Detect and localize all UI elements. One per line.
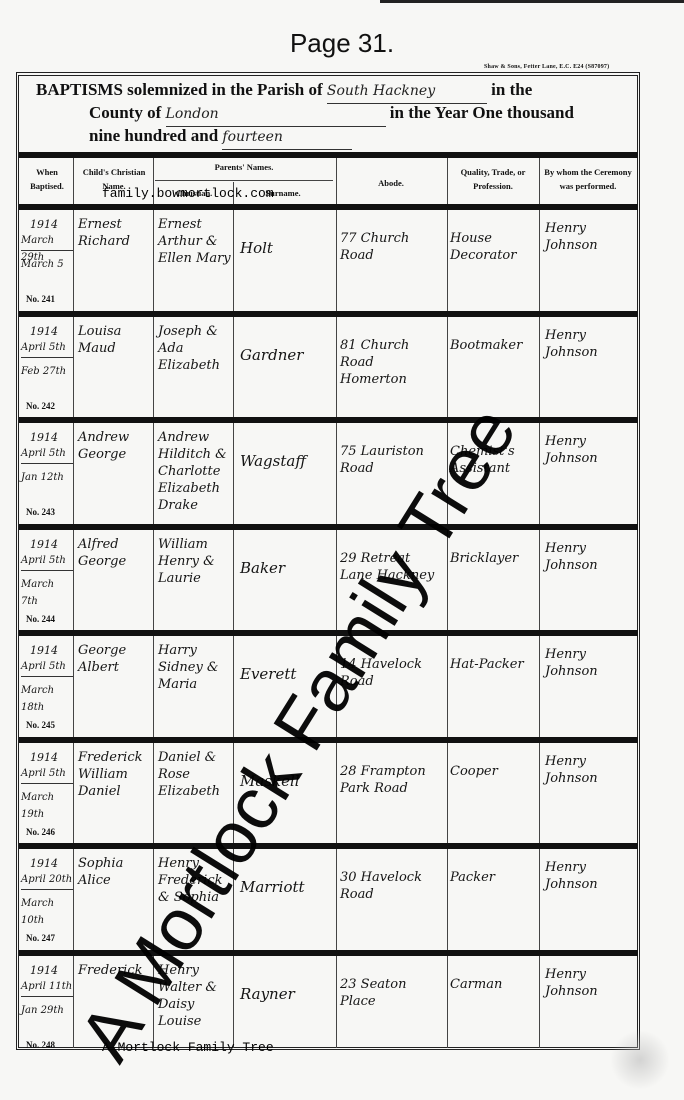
entry-abode: 30 Havelock Road xyxy=(340,869,444,903)
entry-birth-date: Jan 29th xyxy=(21,1002,73,1019)
entry-surname: Holt xyxy=(240,240,332,257)
date-separator xyxy=(21,889,73,890)
entry-officiant: Henry Johnson xyxy=(545,540,635,574)
entry-child-name: Sophia Alice xyxy=(78,855,152,889)
entry-birth-date: March 7th xyxy=(21,576,73,610)
entry-year: 1914 xyxy=(30,642,74,659)
entry-surname: Gardner xyxy=(240,347,332,364)
col-by-whom: By whom the Ceremony was performed. xyxy=(540,165,636,193)
watermark-footer: A Mortlock Family Tree xyxy=(102,1040,274,1055)
entry-baptised-date: April 5th xyxy=(21,339,73,356)
date-separator xyxy=(21,357,73,358)
entry-surname: Baker xyxy=(240,560,332,577)
entry-child-name: Alfred George xyxy=(78,536,152,570)
page-title: Page 31. xyxy=(0,28,684,59)
date-separator xyxy=(21,570,73,571)
entry-trade: Carman xyxy=(450,976,538,993)
entry-birth-date: March 18th xyxy=(21,682,73,716)
entry-number: No. 246 xyxy=(26,827,72,837)
year-field: fourteen xyxy=(222,126,352,150)
entry-officiant: Henry Johnson xyxy=(545,859,635,893)
parents-subdivider xyxy=(155,180,333,181)
entry-trade: House Decorator xyxy=(450,230,538,264)
col-quality: Quality, Trade, or Profession. xyxy=(448,165,538,193)
entry-abode: 81 Church Road Homerton xyxy=(340,337,444,388)
entry-year: 1914 xyxy=(30,536,74,553)
entry-trade: Bricklayer xyxy=(450,550,538,567)
entry-parents-christian: Ernest Arthur & Ellen Mary xyxy=(158,216,232,267)
entry-officiant: Henry Johnson xyxy=(545,646,635,680)
entry-child-name: Frederick William Daniel xyxy=(78,749,152,800)
entry-child-name: Louisa Maud xyxy=(78,323,152,357)
entry-baptised-date: April 5th xyxy=(21,552,73,569)
scan-smudge xyxy=(610,1030,670,1090)
entry-parents-christian: William Henry & Laurie xyxy=(158,536,232,587)
entry-year: 1914 xyxy=(30,323,74,340)
date-separator xyxy=(21,250,73,251)
entry-number: No. 243 xyxy=(26,507,72,517)
header-line-3: nine hundred and fourteen xyxy=(89,124,352,150)
entry-officiant: Henry Johnson xyxy=(545,966,635,1000)
divider xyxy=(19,152,638,158)
entry-surname: Wagstaff xyxy=(240,453,332,470)
entry-year: 1914 xyxy=(30,749,74,766)
entry-year: 1914 xyxy=(30,855,74,872)
col-parents-names: Parents' Names. xyxy=(155,160,333,174)
date-separator xyxy=(21,783,73,784)
entry-year: 1914 xyxy=(30,429,74,446)
entry-officiant: Henry Johnson xyxy=(545,220,635,254)
entry-child-name: Ernest Richard xyxy=(78,216,152,250)
entry-baptised-date: April 5th xyxy=(21,658,73,675)
entry-number: No. 248 xyxy=(26,1040,72,1050)
entry-parents-christian: Andrew Hilditch & Charlotte Elizabeth Dr… xyxy=(158,429,232,514)
entry-trade: Bootmaker xyxy=(450,337,538,354)
col-rule xyxy=(447,158,448,1048)
entry-birth-date: March 10th xyxy=(21,895,73,929)
col-rule xyxy=(73,158,74,1048)
entry-baptised-date: April 20th xyxy=(21,871,73,888)
entry-number: No. 245 xyxy=(26,720,72,730)
entry-parents-christian: Harry Sidney & Maria xyxy=(158,642,232,693)
entry-officiant: Henry Johnson xyxy=(545,753,635,787)
watermark-url: family.bowmortlock.com xyxy=(102,186,274,201)
entry-baptised-date: April 5th xyxy=(21,765,73,782)
entry-birth-date: Jan 12th xyxy=(21,469,73,486)
row-divider xyxy=(19,311,638,317)
entry-number: No. 244 xyxy=(26,614,72,624)
entry-trade: Packer xyxy=(450,869,538,886)
entry-abode: 28 Frampton Park Road xyxy=(340,763,444,797)
col-abode: Abode. xyxy=(336,176,446,190)
entry-year: 1914 xyxy=(30,216,74,233)
row-divider xyxy=(19,417,638,423)
entry-trade: Cooper xyxy=(450,763,538,780)
entry-abode: 23 Seaton Place xyxy=(340,976,444,1010)
row-divider xyxy=(19,524,638,530)
scan-edge-line xyxy=(380,0,684,3)
entry-baptised-date: April 11th xyxy=(21,978,73,995)
row-divider xyxy=(19,204,638,210)
date-separator xyxy=(21,996,73,997)
entry-child-name: George Albert xyxy=(78,642,152,676)
row-divider xyxy=(19,843,638,849)
date-separator xyxy=(21,463,73,464)
entry-year: 1914 xyxy=(30,962,74,979)
entry-officiant: Henry Johnson xyxy=(545,327,635,361)
entry-surname: Rayner xyxy=(240,986,332,1003)
entry-birth-date: March 19th xyxy=(21,789,73,823)
entry-abode: 77 Church Road xyxy=(340,230,444,264)
entry-baptised-date: April 5th xyxy=(21,445,73,462)
entry-child-name: Andrew George xyxy=(78,429,152,463)
entry-parents-christian: Joseph & Ada Elizabeth xyxy=(158,323,232,374)
col-when-baptised: When Baptised. xyxy=(22,165,72,193)
date-separator xyxy=(21,676,73,677)
entry-birth-date: Feb 27th xyxy=(21,363,73,380)
entry-birth-date: March 5 xyxy=(21,256,73,273)
entry-number: No. 247 xyxy=(26,933,72,943)
entry-number: No. 242 xyxy=(26,401,72,411)
entry-number: No. 241 xyxy=(26,294,72,304)
printer-imprint: Shaw & Sons, Fetter Lane, E.C. E24 (S870… xyxy=(484,64,609,70)
entry-officiant: Henry Johnson xyxy=(545,433,635,467)
entry-trade: Hat-Packer xyxy=(450,656,538,673)
col-rule xyxy=(539,158,540,1048)
